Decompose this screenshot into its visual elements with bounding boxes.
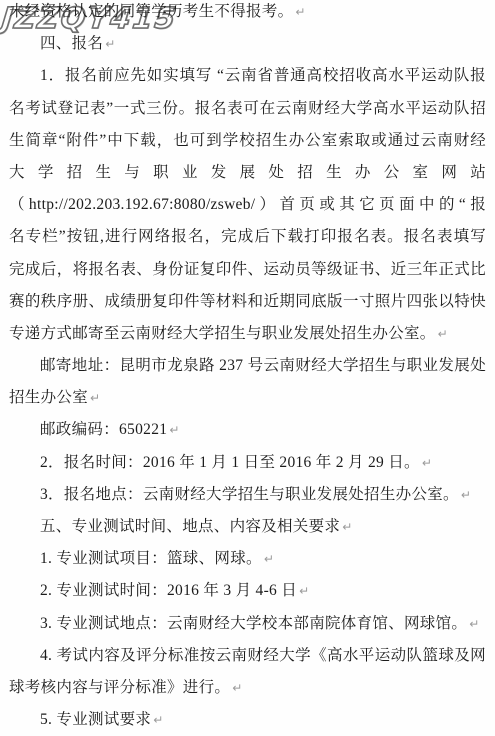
document-page: JZZQY415 未经资格认定的同等学历考生不得报考。↵四、报名↵1．报名前应先… [0,0,495,736]
text-line: 3. 专业测试地点：云南财经大学校本部南院体育馆、网球馆。↵ [9,608,486,640]
paragraph-mark-icon: ↵ [295,5,305,19]
text-line: 球考核内容与评分标准》进行。↵ [9,672,486,704]
text-line: 名考试登记表”一式三份。报名表可在云南财经大学高水平运动队招 [9,93,486,125]
text-line: 招生办公室↵ [9,382,486,414]
paragraph-mark-icon: ↵ [342,520,352,534]
text-line: 专递方式邮寄至云南财经大学招生与职业发展处招生办公室。↵ [9,318,486,350]
paragraph-mark-icon: ↵ [469,617,479,631]
paragraph-mark-icon: ↵ [461,488,471,502]
text-line: 大学招生与职业发展处招生办公室网站 [9,157,486,189]
text-line: 五、专业测试时间、地点、内容及相关要求↵ [9,511,486,543]
text-line: 名专栏”按钮,进行网络报名，完成后下载打印报名表。报名表填写 [9,221,486,253]
text-line: 2. 专业测试时间：2016 年 3 月 4-6 日↵ [9,575,486,607]
paragraph-mark-icon: ↵ [169,423,179,437]
text-line: 邮寄地址：昆明市龙泉路 237 号云南财经大学招生与职业发展处 [9,350,486,382]
paragraph-mark-icon: ↵ [105,37,115,51]
text-line: 5. 专业测试要求↵ [9,704,486,736]
paragraph-mark-icon: ↵ [90,391,100,405]
paragraph-mark-icon: ↵ [153,713,163,727]
text-line: 1．报名前应先如实填写 “云南省普通高校招收高水平运动队报 [9,60,486,92]
text-line: 邮政编码：650221↵ [9,414,486,446]
paragraph-mark-icon: ↵ [438,327,448,341]
text-line: 4. 考试内容及评分标准按云南财经大学《高水平运动队篮球及网 [9,640,486,672]
paragraph-mark-icon: ↵ [232,681,242,695]
text-line: 未经资格认定的同等学历考生不得报考。↵ [9,0,486,28]
text-line: 生简章“附件”中下载，也可到学校招生办公室索取或通过云南财经 [9,125,486,157]
paragraph-mark-icon: ↵ [264,552,274,566]
text-line: 完成后，将报名表、身份证复印件、运动员等级证书、近三年正式比 [9,254,486,286]
text-line: 赛的秩序册、成绩册复印件等材料和近期同底版一寸照片四张以特快 [9,286,486,318]
document-body: 未经资格认定的同等学历考生不得报考。↵四、报名↵1．报名前应先如实填写 “云南省… [0,0,495,736]
text-line: 3．报名地点：云南财经大学招生与职业发展处招生办公室。↵ [9,479,486,511]
text-line: （http://202.203.192.67:8080/zsweb/）首页或其它… [9,189,486,221]
paragraph-mark-icon: ↵ [422,456,432,470]
paragraph-mark-icon: ↵ [299,584,309,598]
text-line: 1. 专业测试项目：篮球、网球。↵ [9,543,486,575]
text-line: 四、报名↵ [9,28,486,60]
text-line: 2．报名时间：2016 年 1 月 1 日至 2016 年 2 月 29 日。↵ [9,447,486,479]
